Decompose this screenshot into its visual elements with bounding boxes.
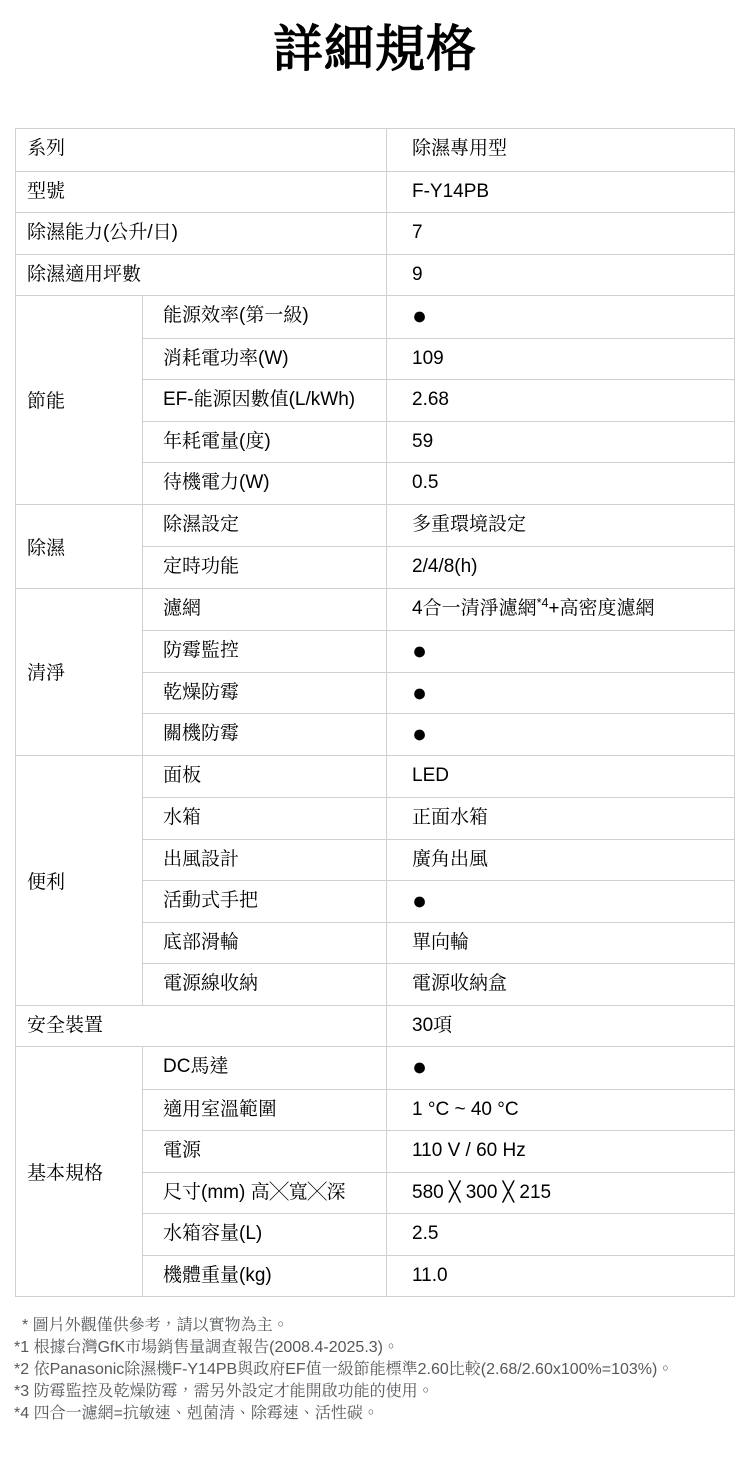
spec-label: 乾燥防霉 <box>143 673 386 714</box>
footnotes: * 圖片外觀僅供參考，請以實物為主。 *1 根據台灣GfK市場銷售量調查報告(2… <box>14 1315 736 1425</box>
feature-dot: ● <box>412 637 427 665</box>
spec-row: 年耗電量(度) 59 <box>143 421 734 463</box>
spec-row-series: 系列 除濕專用型 <box>16 129 734 171</box>
group-label: 除濕 <box>16 505 143 588</box>
spec-label: 電源 <box>143 1131 386 1172</box>
spec-value: F-Y14PB <box>386 172 734 213</box>
spec-row: 電源 110 V / 60 Hz <box>143 1130 734 1172</box>
spec-row: 乾燥防霉 ● <box>143 672 734 714</box>
section-basic-spec: 基本規格 DC馬達 ● 適用室溫範圍 1 °C ~ 40 °C 電源 110 V… <box>16 1046 734 1296</box>
spec-row: 出風設計 廣角出風 <box>143 839 734 881</box>
spec-value: 4合一清淨濾網*4+高密度濾網 <box>386 589 734 631</box>
spec-row: DC馬達 ● <box>143 1047 734 1089</box>
spec-row: 水箱 正面水箱 <box>143 797 734 839</box>
group-label: 便利 <box>16 756 143 1005</box>
feature-dot: ● <box>412 679 427 707</box>
spec-row: 底部滑輪 單向輪 <box>143 922 734 964</box>
spec-row-safety: 安全裝置 30項 <box>16 1005 734 1047</box>
spec-value: 2/4/8(h) <box>386 547 734 588</box>
feature-dot: ● <box>412 1053 427 1081</box>
spec-row: 關機防霉 ● <box>143 713 734 755</box>
spec-value: 0.5 <box>386 463 734 504</box>
section-convenience: 便利 面板 LED 水箱 正面水箱 出風設計 廣角出風 活動式手把 ● 底部滑輪… <box>16 755 734 1005</box>
spec-label: DC馬達 <box>143 1047 386 1089</box>
spec-label: 防霉監控 <box>143 631 386 672</box>
spec-row-area: 除濕適用坪數 9 <box>16 254 734 296</box>
spec-value: 正面水箱 <box>386 798 734 839</box>
spec-value: LED <box>386 756 734 798</box>
spec-value: 30項 <box>386 1006 734 1047</box>
spec-row-capacity: 除濕能力(公升/日) 7 <box>16 212 734 254</box>
spec-value: ● <box>386 631 734 672</box>
spec-row: 濾網 4合一清淨濾網*4+高密度濾網 <box>143 589 734 631</box>
footnote-marker: *4 <box>537 596 549 610</box>
spec-row: 電源線收納 電源收納盒 <box>143 963 734 1005</box>
spec-row: 除濕設定 多重環境設定 <box>143 505 734 547</box>
section-dehumidify: 除濕 除濕設定 多重環境設定 定時功能 2/4/8(h) <box>16 504 734 588</box>
spec-row-model: 型號 F-Y14PB <box>16 171 734 213</box>
spec-label: 關機防霉 <box>143 714 386 755</box>
spec-row: 定時功能 2/4/8(h) <box>143 546 734 588</box>
footnote: *1 根據台灣GfK市場銷售量調查報告(2008.4-2025.3)。 <box>14 1337 736 1359</box>
spec-value: ● <box>386 673 734 714</box>
spec-row: 消耗電功率(W) 109 <box>143 338 734 380</box>
spec-label: 尺寸(mm) 高╳寬╳深 <box>143 1173 386 1214</box>
spec-value: 1 °C ~ 40 °C <box>386 1090 734 1131</box>
spec-table: 系列 除濕專用型 型號 F-Y14PB 除濕能力(公升/日) 7 除濕適用坪數 … <box>15 128 735 1297</box>
spec-value: ● <box>386 714 734 755</box>
spec-row: 能源效率(第一級) ● <box>143 296 734 338</box>
spec-label: 能源效率(第一級) <box>143 296 386 338</box>
spec-label: 除濕設定 <box>143 505 386 547</box>
page-title: 詳細規格 <box>0 0 750 78</box>
spec-value: 59 <box>386 422 734 463</box>
spec-value: ● <box>386 1047 734 1089</box>
spec-label: 待機電力(W) <box>143 463 386 504</box>
spec-label: 面板 <box>143 756 386 798</box>
spec-row: 尺寸(mm) 高╳寬╳深 580 ╳ 300 ╳ 215 <box>143 1172 734 1214</box>
spec-value: 除濕專用型 <box>386 129 734 171</box>
footnote: *4 四合一濾網=抗敏速、剋菌清、除霉速、活性碳。 <box>14 1403 736 1425</box>
spec-value: 580 ╳ 300 ╳ 215 <box>386 1173 734 1214</box>
spec-row: 活動式手把 ● <box>143 880 734 922</box>
spec-label: 型號 <box>16 172 386 213</box>
spec-value: 2.68 <box>386 380 734 421</box>
spec-value: 廣角出風 <box>386 840 734 881</box>
spec-label: 水箱容量(L) <box>143 1214 386 1255</box>
spec-value: 單向輪 <box>386 923 734 964</box>
spec-label: 活動式手把 <box>143 881 386 922</box>
spec-label: 除濕能力(公升/日) <box>16 213 386 254</box>
spec-value: 109 <box>386 339 734 380</box>
spec-label: 出風設計 <box>143 840 386 881</box>
footnote: * 圖片外觀僅供參考，請以實物為主。 <box>14 1315 736 1337</box>
spec-page: { "title": "詳細規格", "table": { "top_rows"… <box>0 0 750 1470</box>
group-label: 基本規格 <box>16 1047 143 1296</box>
spec-value: 電源收納盒 <box>386 964 734 1005</box>
spec-label: 年耗電量(度) <box>143 422 386 463</box>
section-energy-saving: 節能 能源效率(第一級) ● 消耗電功率(W) 109 EF-能源因數值(L/k… <box>16 295 734 504</box>
spec-label: 消耗電功率(W) <box>143 339 386 380</box>
spec-label: 安全裝置 <box>16 1006 386 1047</box>
spec-row: 適用室溫範圍 1 °C ~ 40 °C <box>143 1089 734 1131</box>
group-label: 節能 <box>16 296 143 504</box>
spec-label: 底部滑輪 <box>143 923 386 964</box>
spec-label: 濾網 <box>143 589 386 631</box>
spec-value: 7 <box>386 213 734 254</box>
spec-label: 定時功能 <box>143 547 386 588</box>
spec-value: 2.5 <box>386 1214 734 1255</box>
spec-row: EF-能源因數值(L/kWh) 2.68 <box>143 379 734 421</box>
spec-value: 9 <box>386 255 734 296</box>
spec-label: 機體重量(kg) <box>143 1256 386 1297</box>
filter-value-text: +高密度濾網 <box>548 598 654 619</box>
footnote: *3 防霉監控及乾燥防霉，需另外設定才能開啟功能的使用。 <box>14 1381 736 1403</box>
spec-label: 除濕適用坪數 <box>16 255 386 296</box>
feature-dot: ● <box>412 720 427 748</box>
spec-label: 水箱 <box>143 798 386 839</box>
spec-row: 防霉監控 ● <box>143 630 734 672</box>
spec-row: 待機電力(W) 0.5 <box>143 462 734 504</box>
spec-value: 110 V / 60 Hz <box>386 1131 734 1172</box>
feature-dot: ● <box>412 302 427 330</box>
spec-value: ● <box>386 296 734 338</box>
spec-value: 多重環境設定 <box>386 505 734 547</box>
spec-row: 面板 LED <box>143 756 734 798</box>
footnote: *2 依Panasonic除濕機F-Y14PB與政府EF值一級節能標準2.60比… <box>14 1359 736 1381</box>
filter-value-text: 4合一清淨濾網 <box>412 598 537 619</box>
spec-label: 系列 <box>16 129 386 171</box>
section-purify: 清淨 濾網 4合一清淨濾網*4+高密度濾網 防霉監控 ● 乾燥防霉 ● 關機防霉… <box>16 588 734 755</box>
spec-label: 適用室溫範圍 <box>143 1090 386 1131</box>
spec-value: ● <box>386 881 734 922</box>
group-label: 清淨 <box>16 589 143 755</box>
feature-dot: ● <box>412 887 427 915</box>
spec-label: EF-能源因數值(L/kWh) <box>143 380 386 421</box>
spec-row: 水箱容量(L) 2.5 <box>143 1213 734 1255</box>
spec-row: 機體重量(kg) 11.0 <box>143 1255 734 1297</box>
spec-label: 電源線收納 <box>143 964 386 1005</box>
spec-value: 11.0 <box>386 1256 734 1297</box>
